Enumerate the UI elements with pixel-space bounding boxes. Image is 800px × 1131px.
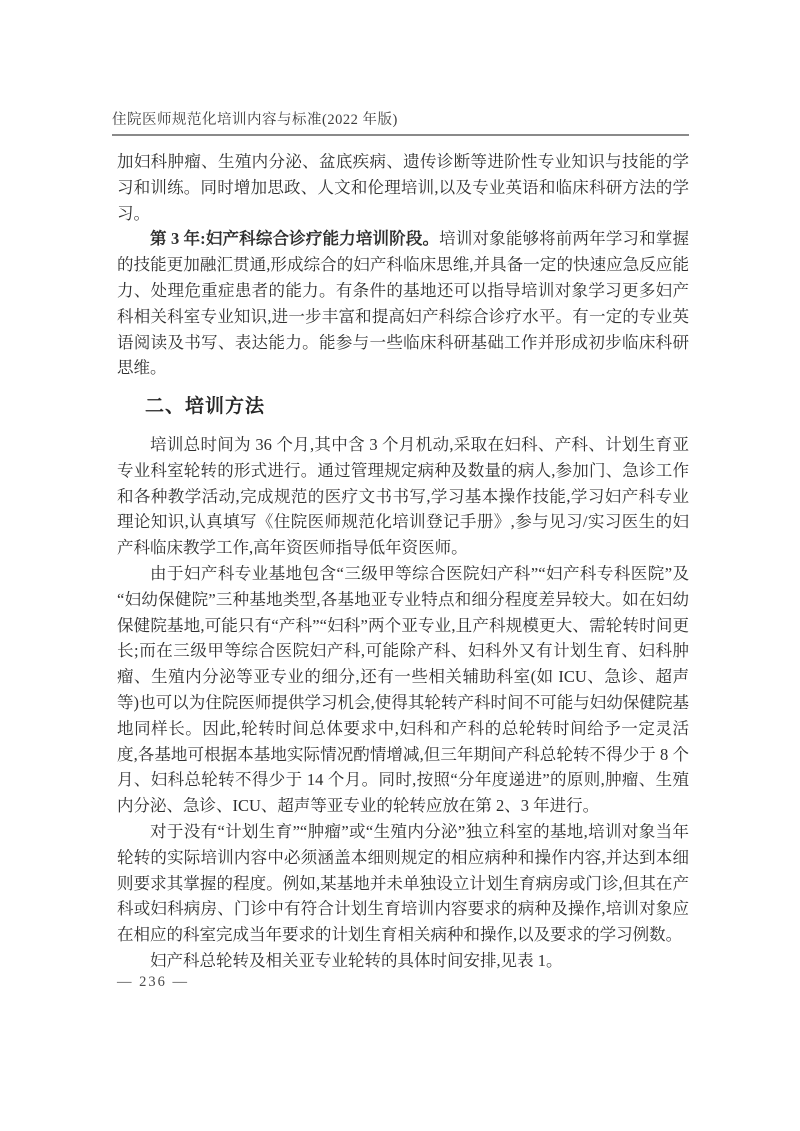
paragraph-method-no-independent-dept: 对于没有“计划生育”“肿瘤”或“生殖内分泌”独立科室的基地,培训对象当年轮转的实… [117, 819, 689, 948]
paragraph-continuation: 加妇科肿瘤、生殖内分泌、盆底疾病、遗传诊断等进阶性专业知识与技能的学习和训练。同… [117, 149, 689, 226]
paragraph-method-duration: 培训总时间为 36 个月,其中含 3 个月机动,采取在妇科、产科、计划生育亚专业… [117, 432, 689, 561]
paragraph-year3-rest: 培训对象能够将前两年学习和掌握的技能更加融汇贯通,形成综合的妇产科临床思维,并具… [117, 229, 689, 377]
paragraph-method-base-types: 由于妇产科专业基地包含“三级甲等综合医院妇产科”“妇产科专科医院”及“妇幼保健院… [117, 561, 689, 819]
paragraph-year3-lead: 第 3 年:妇产科综合诊疗能力培训阶段。 [150, 229, 439, 248]
header-rule [112, 134, 689, 136]
running-header: 住院医师规范化培训内容与标准(2022 年版) [112, 108, 688, 129]
document-page: 住院医师规范化培训内容与标准(2022 年版) 加妇科肿瘤、生殖内分泌、盆底疾病… [0, 0, 800, 1131]
paragraph-method-see-table1: 妇产科总轮转及相关亚专业轮转的具体时间安排,见表 1。 [117, 948, 689, 974]
page-number: — 236 — [117, 974, 189, 991]
paragraph-year3: 第 3 年:妇产科综合诊疗能力培训阶段。培训对象能够将前两年学习和掌握的技能更加… [117, 226, 689, 381]
page-body: 加妇科肿瘤、生殖内分泌、盆底疾病、遗传诊断等进阶性专业知识与技能的学习和训练。同… [117, 149, 689, 974]
section-heading-training-methods: 二、培训方法 [145, 394, 689, 420]
